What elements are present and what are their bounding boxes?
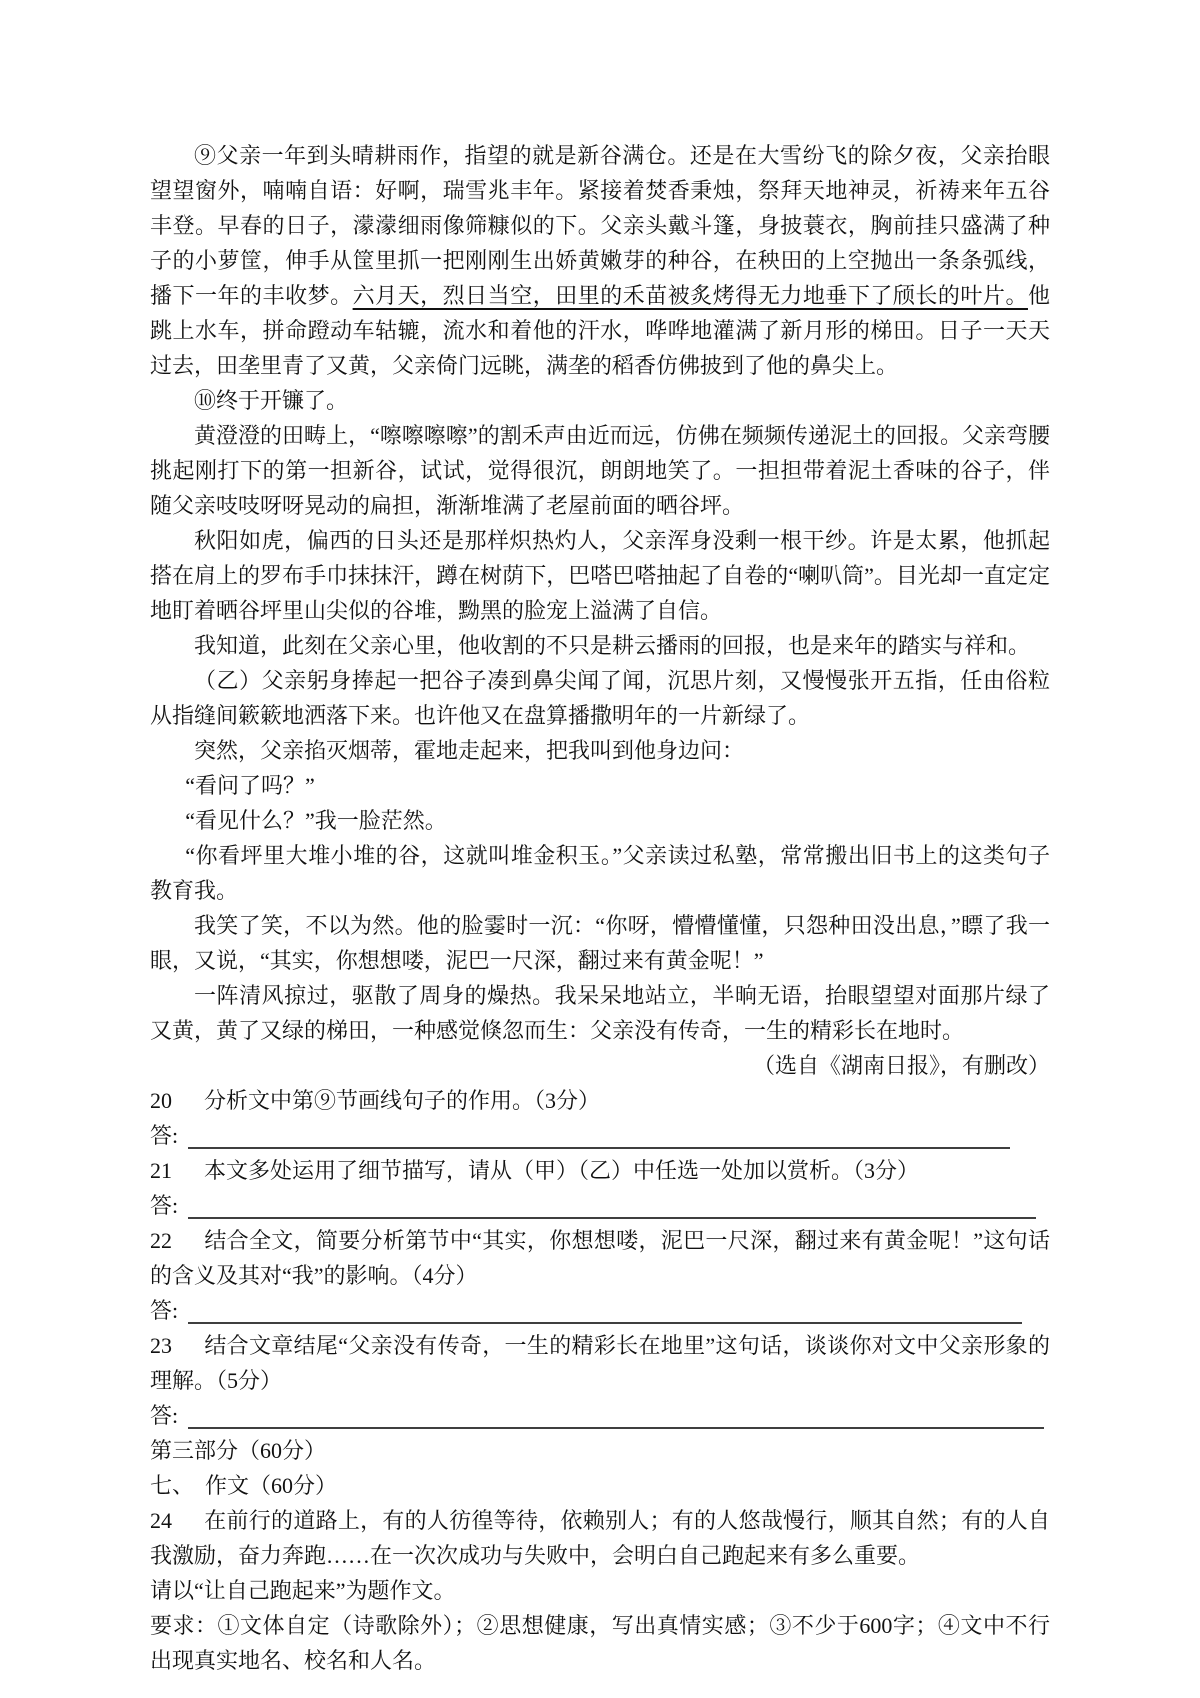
essay-title-line: 请以“让自己跑起来”为题作文。 [150,1573,1050,1608]
answer-blank-line [188,1125,1010,1149]
question-20-line: 20分析文中第⑨节画线句子的作用。（3分） [150,1083,1050,1118]
question-22: 22结合全文，简要分析第节中“其实，你想想喽，泥巴一尺深，翻过来有黄金呢！”这句… [150,1223,1050,1328]
passage-dialogue-line: “你看坪里大堆小堆的谷，这就叫堆金积玉。”父亲读过私塾，常常搬出旧书上的这类句子… [150,838,1050,908]
section-three-heading: 第三部分（60分） [150,1433,1050,1468]
question-21: 21本文多处运用了细节描写，请从（甲）（乙）中任选一处加以赏析。（3分） 答: [150,1153,1050,1223]
question-24-prompt: 在前行的道路上，有的人彷徨等待，依赖别人；有的人悠哉慢行，顺其自然；有的人自我激… [150,1508,1050,1568]
question-20-number: 20 [150,1083,204,1118]
answer-label: 答: [150,1293,178,1328]
passage-paragraph-10: ⑩终于开镰了。 [150,383,1050,418]
question-23-text: 结合文章结尾“父亲没有传奇，一生的精彩长在地里”这句话，谈谈你对文中父亲形象的理… [150,1333,1050,1393]
source-attribution: （选自《湖南日报》，有删改） [150,1048,1050,1083]
passage-paragraph: 黄澄澄的田畴上，“嚓嚓嚓嚓”的割禾声由近而远，仿佛在频频传递泥土的回报。父亲弯腰… [150,418,1050,523]
question-21-number: 21 [150,1153,204,1188]
para9-underlined-sentence: 六月天，烈日当空，田里的禾苗被炙烤得无力地垂下了颀长的叶片。 [353,283,1028,308]
answer-label: 答: [150,1118,178,1153]
passage-paragraph: 我笑了笑，不以为然。他的脸霎时一沉：“你呀，懵懵懂懂，只怨种田没出息，”瞟了我一… [150,908,1050,978]
question-21-text: 本文多处运用了细节描写，请从（甲）（乙）中任选一处加以赏析。（3分） [204,1158,919,1183]
passage-paragraph: 秋阳如虎，偏西的日头还是那样炽热灼人，父亲浑身没剩一根干纱。许是太累，他抓起搭在… [150,523,1050,628]
question-21-answer-row: 答: [150,1188,1050,1223]
question-23: 23结合文章结尾“父亲没有传奇，一生的精彩长在地里”这句话，谈谈你对文中父亲形象… [150,1328,1050,1433]
passage-paragraph: 突然，父亲掐灭烟蒂，霍地走起来，把我叫到他身边问： [150,733,1050,768]
question-24-line: 24在前行的道路上，有的人彷徨等待，依赖别人；有的人悠哉慢行，顺其自然；有的人自… [150,1503,1050,1573]
question-24-essay: 24在前行的道路上，有的人彷徨等待，依赖别人；有的人悠哉慢行，顺其自然；有的人自… [150,1503,1050,1678]
question-22-text: 结合全文，简要分析第节中“其实，你想想喽，泥巴一尺深，翻过来有黄金呢！”这句话的… [150,1228,1050,1288]
passage-dialogue-line: “看见什么？”我一脸茫然。 [150,803,1050,838]
passage-paragraph-yi: （乙）父亲躬身捧起一把谷子凑到鼻尖闻了闻，沉思片刻，又慢慢张开五指，任由俗粒从指… [150,663,1050,733]
question-22-answer-row: 答: [150,1293,1050,1328]
question-23-answer-row: 答: [150,1398,1050,1433]
passage-paragraph-9: ⑨父亲一年到头晴耕雨作，指望的就是新谷满仓。还是在大雪纷飞的除夕夜，父亲抬眼望望… [150,138,1050,383]
question-20-text: 分析文中第⑨节画线句子的作用。（3分） [204,1088,600,1113]
question-20-answer-row: 答: [150,1118,1050,1153]
question-22-line: 22结合全文，简要分析第节中“其实，你想想喽，泥巴一尺深，翻过来有黄金呢！”这句… [150,1223,1050,1293]
question-21-line: 21本文多处运用了细节描写，请从（甲）（乙）中任选一处加以赏析。（3分） [150,1153,1050,1188]
question-22-number: 22 [150,1223,204,1258]
question-20: 20分析文中第⑨节画线句子的作用。（3分） 答: [150,1083,1050,1153]
answer-blank-line [188,1300,1022,1324]
passage-paragraph: 我知道，此刻在父亲心里，他收割的不只是耕云播雨的回报，也是来年的踏实与祥和。 [150,628,1050,663]
answer-blank-line [188,1405,1044,1429]
answer-blank-line [188,1195,1036,1219]
passage-paragraph: 一阵清风掠过，驱散了周身的燥热。我呆呆地站立，半晌无语，抬眼望望对面那片绿了又黄… [150,978,1050,1048]
essay-requirements: 要求：①文体自定（诗歌除外）；②思想健康，写出真情实感；③不少于600字；④文中… [150,1608,1050,1678]
question-24-number: 24 [150,1503,204,1538]
passage-dialogue-line: “看问了吗？” [150,768,1050,803]
exam-page: ⑨父亲一年到头晴耕雨作，指望的就是新谷满仓。还是在大雪纷飞的除夕夜，父亲抬眼望望… [0,0,1200,1678]
question-23-line: 23结合文章结尾“父亲没有传奇，一生的精彩长在地里”这句话，谈谈你对文中父亲形象… [150,1328,1050,1398]
section-seven-essay-heading: 七、 作文（60分） [150,1468,1050,1503]
answer-label: 答: [150,1188,178,1223]
question-23-number: 23 [150,1328,204,1363]
answer-label: 答: [150,1398,178,1433]
